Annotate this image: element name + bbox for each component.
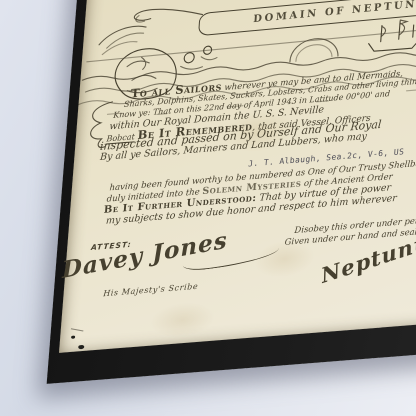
scratch-mark — [71, 328, 84, 331]
black-mount-board: Domain of Neptunus Rex — [47, 0, 416, 384]
ink-speck — [78, 345, 84, 350]
age-spot — [149, 300, 216, 339]
photo-background: Domain of Neptunus Rex — [0, 0, 416, 416]
ink-speck — [71, 336, 75, 339]
ship-sketch — [368, 18, 416, 51]
scribe-title: His Majesty's Scribe — [103, 282, 199, 299]
davey-jones-signature: Davey Jones — [62, 227, 228, 284]
certificate-paper: Domain of Neptunus Rex — [59, 0, 416, 353]
ribbon-tail-sketch — [134, 6, 203, 23]
